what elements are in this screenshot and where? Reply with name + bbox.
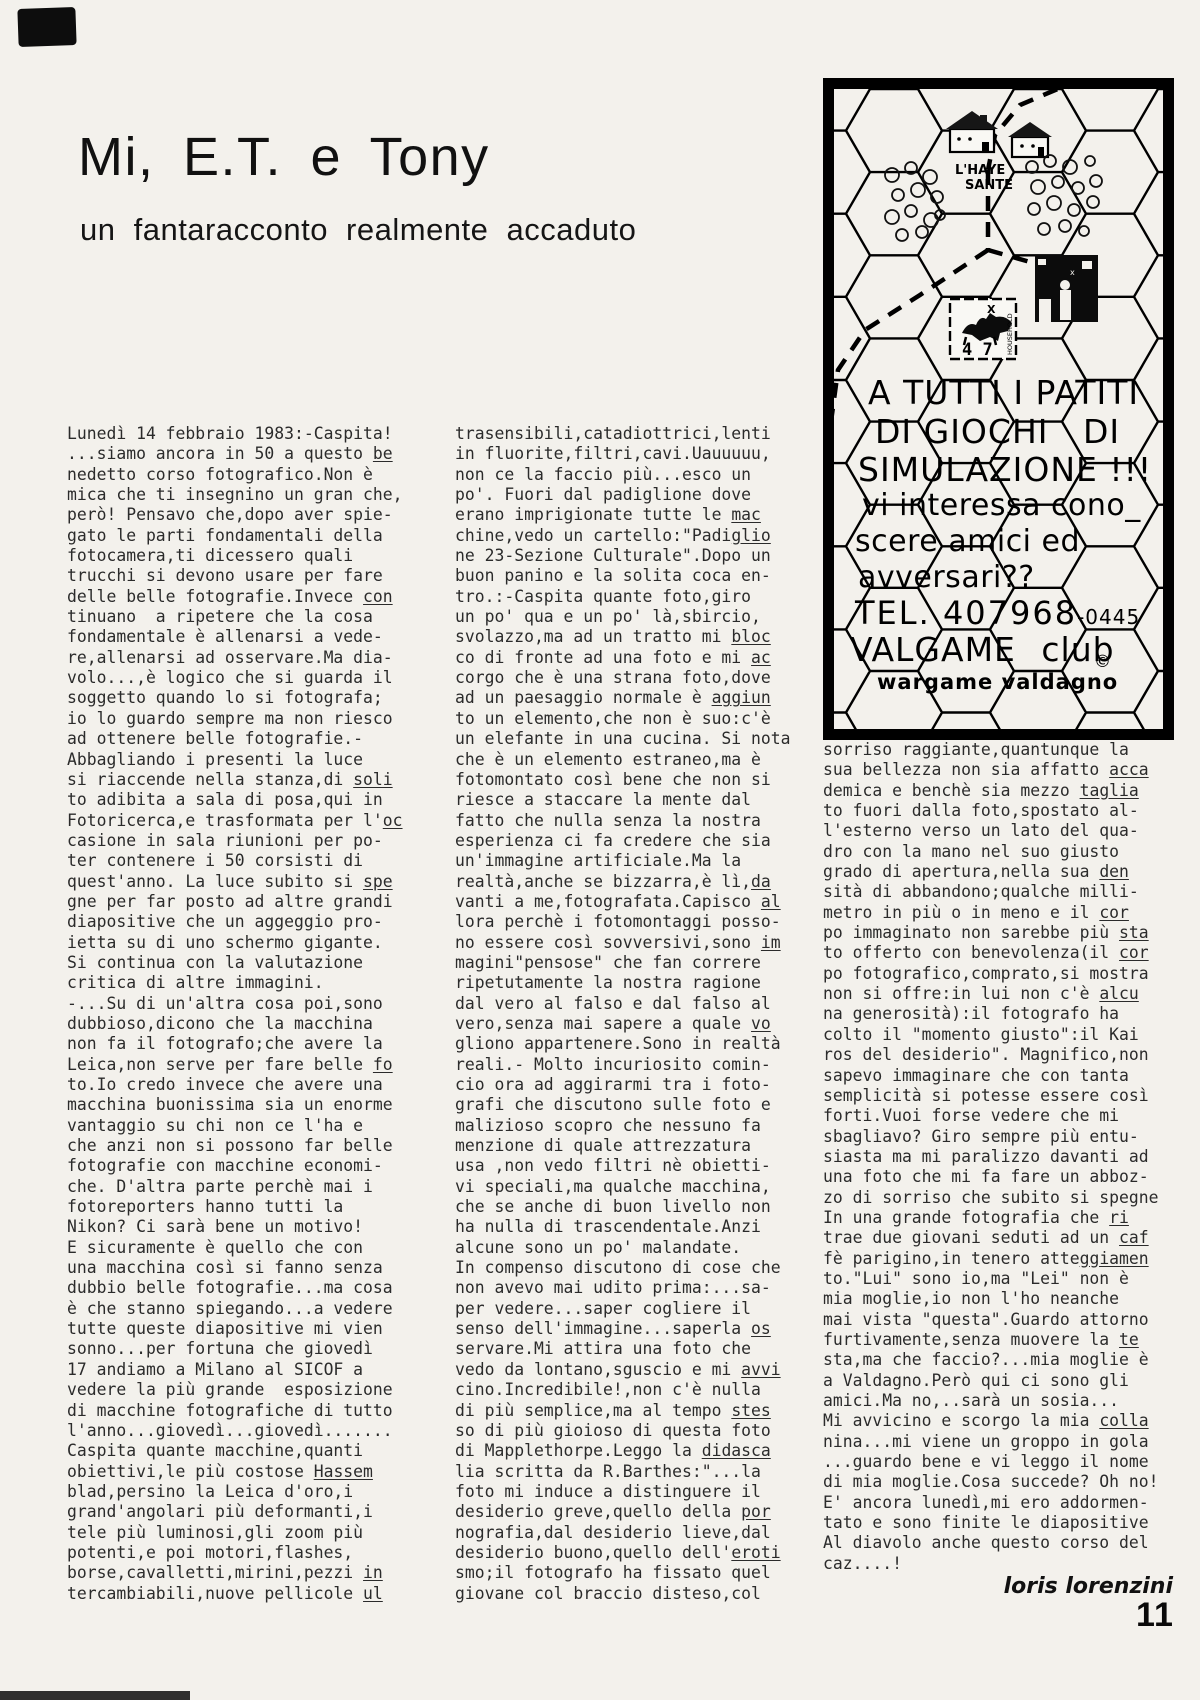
wargame-club-ad: L'HAYE SANTE — [823, 78, 1174, 740]
ad-line-4: vi interessa cono_ — [862, 488, 1141, 523]
article-column-2: trasensibili,catadiottrici,lentiin fluor… — [455, 424, 803, 1604]
print-artifact-bottom — [0, 1691, 190, 1700]
ad-phone-suffix: -0445 — [1077, 605, 1140, 629]
article-column-3: sorriso raggiante,quantunque lasua belle… — [823, 740, 1171, 1574]
print-artifact-top — [17, 7, 76, 47]
magazine-page: Mi, E.T. e Tony un fantaracconto realmen… — [0, 0, 1200, 1700]
counter-unit: HOUSEHOLD — [1006, 313, 1014, 355]
cavalry-counter-icon: X 4 7 HOUSEHOLD — [950, 299, 1016, 360]
ad-line-1: A TUTTI I PATITI — [868, 373, 1139, 412]
photo-collage: x — [1035, 255, 1098, 322]
ad-line-5: scere amici ed — [855, 524, 1080, 559]
ad-phone-number: TEL. 407968 — [855, 594, 1077, 632]
map-place-label-2: SANTE — [965, 178, 1013, 193]
ad-club-name: VALGAME club — [850, 630, 1115, 669]
counter-marker: X — [987, 303, 996, 316]
article-column-1: Lunedì 14 febbraio 1983:-Caspita!...siam… — [67, 424, 415, 1604]
author-signature: loris lorenzini — [823, 1574, 1173, 1599]
ad-line-3: SIMULAZIONE !!! — [858, 450, 1152, 489]
map-place-label: L'HAYE — [955, 163, 1005, 178]
ad-phone: TEL. 407968-0445 — [855, 594, 1140, 632]
counter-value: 4 7 — [962, 340, 993, 360]
ad-club-subtitle: wargame valdagno — [877, 670, 1118, 694]
page-number: 11 — [1136, 1596, 1174, 1635]
article-subtitle: un fantaracconto realmente accaduto — [80, 212, 636, 248]
village-houses-icon — [946, 111, 1052, 157]
ad-line-2: DI GIOCHI DI — [875, 412, 1120, 451]
ad-line-6: avversari?? — [858, 560, 1035, 595]
copyright-icon: © — [1094, 652, 1111, 672]
article-title: Mi, E.T. e Tony — [78, 126, 490, 188]
svg-text:x: x — [1070, 268, 1075, 277]
